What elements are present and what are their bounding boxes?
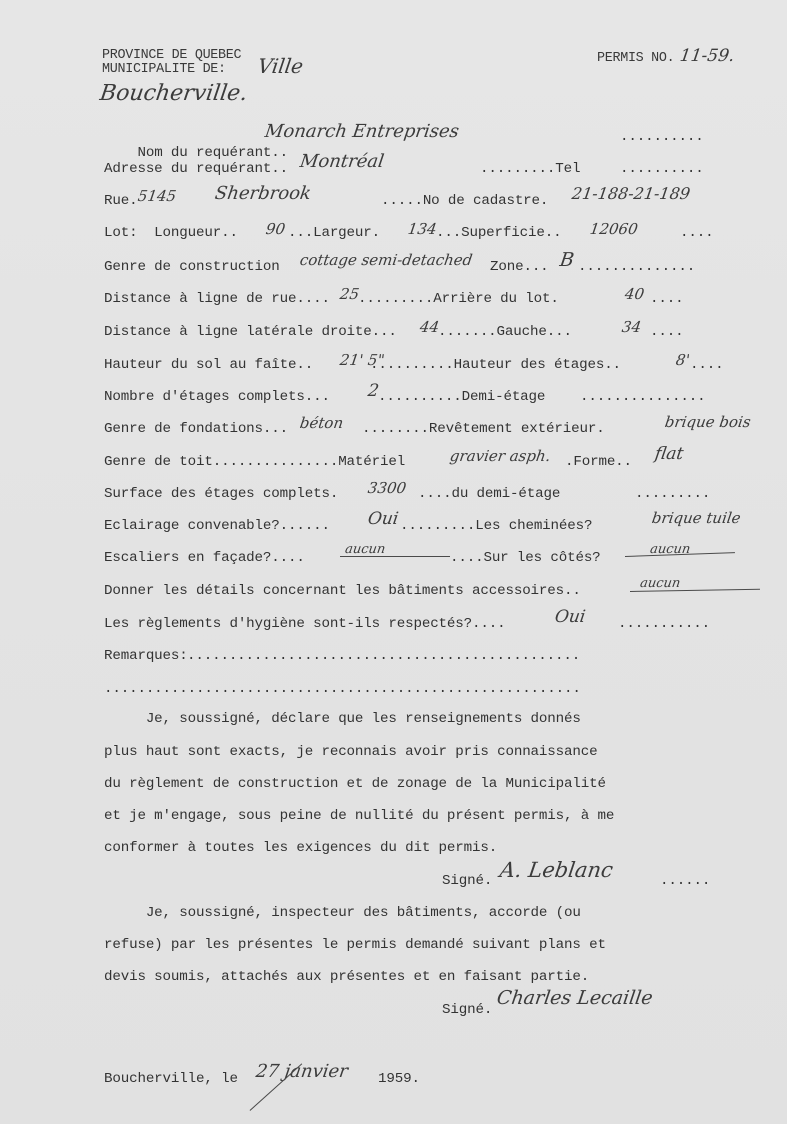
half-surface-label: ....du demi-étage [418,486,560,502]
stairs-label: Escaliers en façade?.... [104,550,305,566]
zone-value: B [559,252,575,268]
half-floor-trail: ............... [580,389,705,405]
construction-type-value: cottage semi-detached [299,252,474,268]
remarks-line-2: ........................................… [104,681,581,697]
municipality-label: MUNICIPALITE DE: [102,63,226,77]
inspector-signature: Charles Lecaille [496,990,654,1006]
lot-area-label: ...Superficie.. [436,225,561,241]
street-name-value: Sherbrook [214,186,312,202]
stairs-dash-stroke [340,556,450,557]
floor-height-value: 8' [675,352,691,368]
applicant-name-trail: .......... [620,129,704,145]
lot-trail: .... [680,225,713,241]
lot-width-label: ...Largeur. [288,225,380,241]
height-label: Hauteur du sol au faîte.. [104,357,313,373]
remarks-line-1: ........................................… [187,648,580,664]
declaration-line-3: du règlement de construction et de zonag… [104,776,606,792]
declaration-line-5: conformer à toutes les exigences du dit … [104,840,497,856]
floor-height-trail: .... [690,357,723,373]
date-handwritten: 27 janvier [255,1064,349,1080]
municipality-value-handwritten: Ville [257,58,304,74]
applicant-name-value: Monarch Entreprises [264,124,460,140]
chimney-label: .........Les cheminées? [400,518,592,534]
roof-form-value: flat [654,446,685,462]
half-surface-trail: ......... [635,486,710,502]
tel-trail: .......... [620,161,704,177]
accessory-label: Donner les détails concernant les bâtime… [104,583,581,599]
lighting-label: Eclairage convenable?...... [104,518,330,534]
sides-stairs-label: ....Sur les côtés? [450,550,601,566]
rear-lot-value: 40 [624,286,645,302]
zone-trail: .............. [578,259,695,275]
cladding-label: ........Revêtement extérieur. [362,421,605,437]
roof-label: Genre de toit...............Matériel [104,454,405,470]
place-label: Boucherville, le [104,1071,238,1087]
side-distance-label: Distance à ligne latérale droite... [104,324,397,340]
applicant-signed-trail: ...... [660,873,710,889]
street-distance-label: Distance à ligne de rue.... [104,291,330,307]
floors-label: Nombre d'étages complets... [104,389,330,405]
hygiene-trail: ........... [618,616,710,632]
chimney-value: brique tuile [651,510,742,526]
zone-label: Zone... [490,259,549,275]
municipality-name-handwritten: Boucherville. [99,86,248,102]
hygiene-value: Oui [554,609,587,625]
lot-area-value: 12060 [589,221,639,237]
province-heading: PROVINCE DE QUEBEC [102,49,241,63]
declaration-line-4: et je m'engage, sous peine de nullité du… [104,808,614,824]
roof-form-label: .Forme.. [565,454,632,470]
lot-width-value: 134 [407,221,438,237]
lot-length-value: 90 [265,221,286,237]
lighting-value: Oui [367,511,400,527]
declaration-line-2: plus haut sont exacts, je reconnais avoi… [104,744,597,760]
street-number-value: 5145 [137,188,177,204]
lot-length-label: Lot: Longueur.. [104,225,238,241]
applicant-signed-label: Signé. [442,873,492,889]
applicant-name-label: Nom du requérant.. [137,145,288,161]
applicant-signature: A. Leblanc [499,862,614,878]
side-distance-left-label: .......Gauche... [438,324,572,340]
rear-lot-label: .........Arrière du lot. [358,291,559,307]
permit-document: PROVINCE DE QUEBEC MUNICIPALITE DE: Vill… [0,0,787,1124]
permit-number-value: 11-59. [679,48,736,64]
foundation-value: béton [299,415,344,431]
inspector-line-2: refuse) par les présentes le permis dema… [104,937,606,953]
construction-type-label: Genre de construction [104,259,280,275]
tel-label: .........Tel [480,161,580,177]
declaration-line-1: Je, soussigné, déclare que les renseigne… [104,711,581,727]
half-floor-label: ..........Demi-étage [378,389,545,405]
floor-height-label: ..........Hauteur des étages.. [370,357,621,373]
inspector-line-1: Je, soussigné, inspecteur des bâtiments,… [104,905,581,921]
side-distance-trail: .... [650,324,683,340]
applicant-address-label: Adresse du requérant.. [104,161,288,177]
foundation-label: Genre de fondations... [104,421,288,437]
rear-lot-trail: .... [650,291,683,307]
year-label: 1959. [378,1071,420,1087]
side-distance-left-value: 34 [621,319,642,335]
roof-material-value: gravier asph. [449,448,552,464]
permit-number-label: PERMIS NO. [597,52,674,66]
hygiene-label: Les règlements d'hygiène sont-ils respec… [104,616,505,632]
surface-label: Surface des étages complets. [104,486,338,502]
inspector-line-3: devis soumis, attachés aux présentes et … [104,969,589,985]
cadastre-value: 21-188-21-189 [571,186,691,202]
cadastre-label: .....No de cadastre. [381,193,548,209]
remarks-label: Remarques: [104,648,188,664]
applicant-address-value: Montréal [299,154,385,170]
cladding-value: brique bois [664,414,752,430]
inspector-signed-label: Signé. [442,1002,492,1018]
surface-value: 3300 [367,480,407,496]
street-label: Rue. [104,193,137,209]
